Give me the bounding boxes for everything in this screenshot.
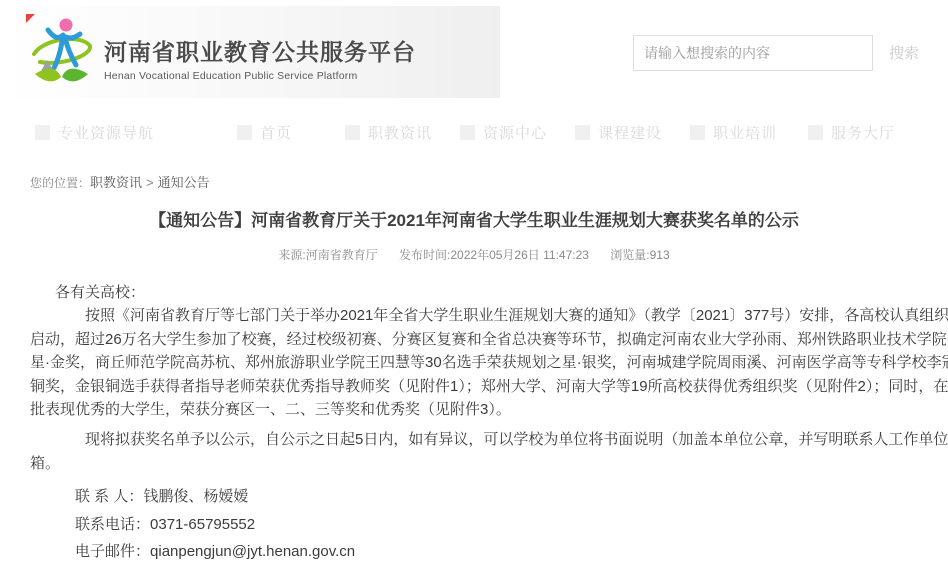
contact-email-value: qianpengjun@jyt.henan.gov.cn — [150, 543, 355, 560]
article-meta: 来源:河南省教育厅 发布时间:2022年05月26日 11:47:23 浏览量:… — [0, 246, 948, 263]
nav-item-label: 首页 — [260, 122, 292, 143]
nav-item-home[interactable]: 首页 — [237, 122, 292, 143]
article-publish-time: 发布时间:2022年05月26日 11:47:23 — [399, 248, 589, 262]
search-button[interactable]: 搜索 — [889, 42, 919, 63]
nav-item-icon — [575, 125, 590, 140]
contact-person-value: 钱鹏俊、杨嫒嫒 — [143, 488, 248, 505]
page: 河南省职业教育公共服务平台 Henan Vocational Education… — [0, 0, 948, 573]
article-source: 来源:河南省教育厅 — [278, 248, 377, 262]
paragraph-line: 箱。 — [30, 452, 948, 475]
nav-item-resource-center[interactable]: 资源中心 — [460, 122, 547, 143]
article-view-count: 浏览量:913 — [610, 248, 669, 262]
paragraph-line: 启动，超过26万名大学生参加了校赛，经过校级初赛、分赛区复赛和全省总决赛等环节，… — [30, 328, 948, 351]
nav-item-service-hall[interactable]: 服务大厅 — [808, 122, 895, 143]
nav-item-vocational-training[interactable]: 职业培训 — [690, 122, 777, 143]
nav-item-icon — [345, 125, 360, 140]
main-nav: 专业资源导航 首页 职教资讯 资源中心 课程建设 职业培训 服务大厅 — [0, 104, 948, 160]
article-title: 【通知公告】河南省教育厅关于2021年河南省大学生职业生涯规划大赛获奖名单的公示 — [0, 206, 948, 231]
contact-email-label: 电子邮件： — [75, 543, 150, 560]
contact-person: 联 系 人：钱鹏俊、杨嫒嫒 — [30, 483, 948, 510]
contact-block: 联 系 人：钱鹏俊、杨嫒嫒 联系电话：0371-65795552 电子邮件：qi… — [30, 483, 948, 565]
nav-item-icon — [808, 125, 823, 140]
paragraph-line: 现将拟获奖名单予以公示，自公示之日起5日内，如有异议，可以学校为单位将书面说明（… — [30, 428, 948, 451]
nav-item-course-building[interactable]: 课程建设 — [575, 122, 662, 143]
nav-item-label: 服务大厅 — [831, 122, 895, 143]
contact-phone: 联系电话：0371-65795552 — [30, 511, 948, 538]
nav-item-label: 专业资源导航 — [58, 122, 154, 143]
nav-item-icon — [35, 125, 50, 140]
contact-person-label: 联 系 人： — [75, 488, 143, 505]
nav-item-label: 课程建设 — [598, 122, 662, 143]
salutation: 各有关高校： — [30, 281, 948, 304]
paragraph-line: 批表现优秀的大学生，荣获分赛区一、二、三等奖和优秀奖（见附件3）。 — [30, 398, 948, 421]
breadcrumb-separator: > — [146, 175, 154, 190]
nav-item-vocational-news[interactable]: 职教资讯 — [345, 122, 432, 143]
search-input[interactable] — [633, 35, 873, 71]
paragraph-line: 铜奖，金银铜选手获得者指导老师荣获优秀指导教师奖（见附件1）；郑州大学、河南大学… — [30, 375, 948, 398]
breadcrumb: 您的位置：职教资讯>通知公告 — [30, 172, 210, 191]
nav-item-icon — [690, 125, 705, 140]
breadcrumb-link-vocational-news[interactable]: 职教资讯 — [90, 175, 142, 190]
site-subtitle: Henan Vocational Education Public Servic… — [104, 70, 416, 82]
nav-item-icon — [460, 125, 475, 140]
article-body: 各有关高校： 按照《河南省教育厅等七部门关于举办2021年全省大学生职业生涯规划… — [30, 281, 948, 565]
contact-email: 电子邮件：qianpengjun@jyt.henan.gov.cn — [30, 538, 948, 565]
paragraph-line: 按照《河南省教育厅等七部门关于举办2021年全省大学生职业生涯规划大赛的通知》（… — [30, 304, 948, 327]
nav-item-label: 职业培训 — [713, 122, 777, 143]
nav-item-icon — [237, 125, 252, 140]
contact-phone-label: 联系电话： — [75, 516, 150, 533]
paragraph-line: 星·金奖，商丘师范学院高苏杭、郑州旅游职业学院王四慧等30名选手荣获规划之星·银… — [30, 351, 948, 374]
site-title: 河南省职业教育公共服务平台 — [104, 34, 416, 67]
site-logo[interactable]: 河南省职业教育公共服务平台 Henan Vocational Education… — [30, 16, 416, 88]
breadcrumb-link-notice[interactable]: 通知公告 — [158, 175, 210, 190]
contact-phone-value: 0371-65795552 — [150, 516, 255, 533]
nav-item-label: 职教资讯 — [368, 122, 432, 143]
nav-item-professional-resources[interactable]: 专业资源导航 — [35, 122, 154, 143]
breadcrumb-prefix: 您的位置： — [30, 176, 90, 190]
platform-logo-icon — [30, 16, 94, 88]
nav-item-label: 资源中心 — [483, 122, 547, 143]
